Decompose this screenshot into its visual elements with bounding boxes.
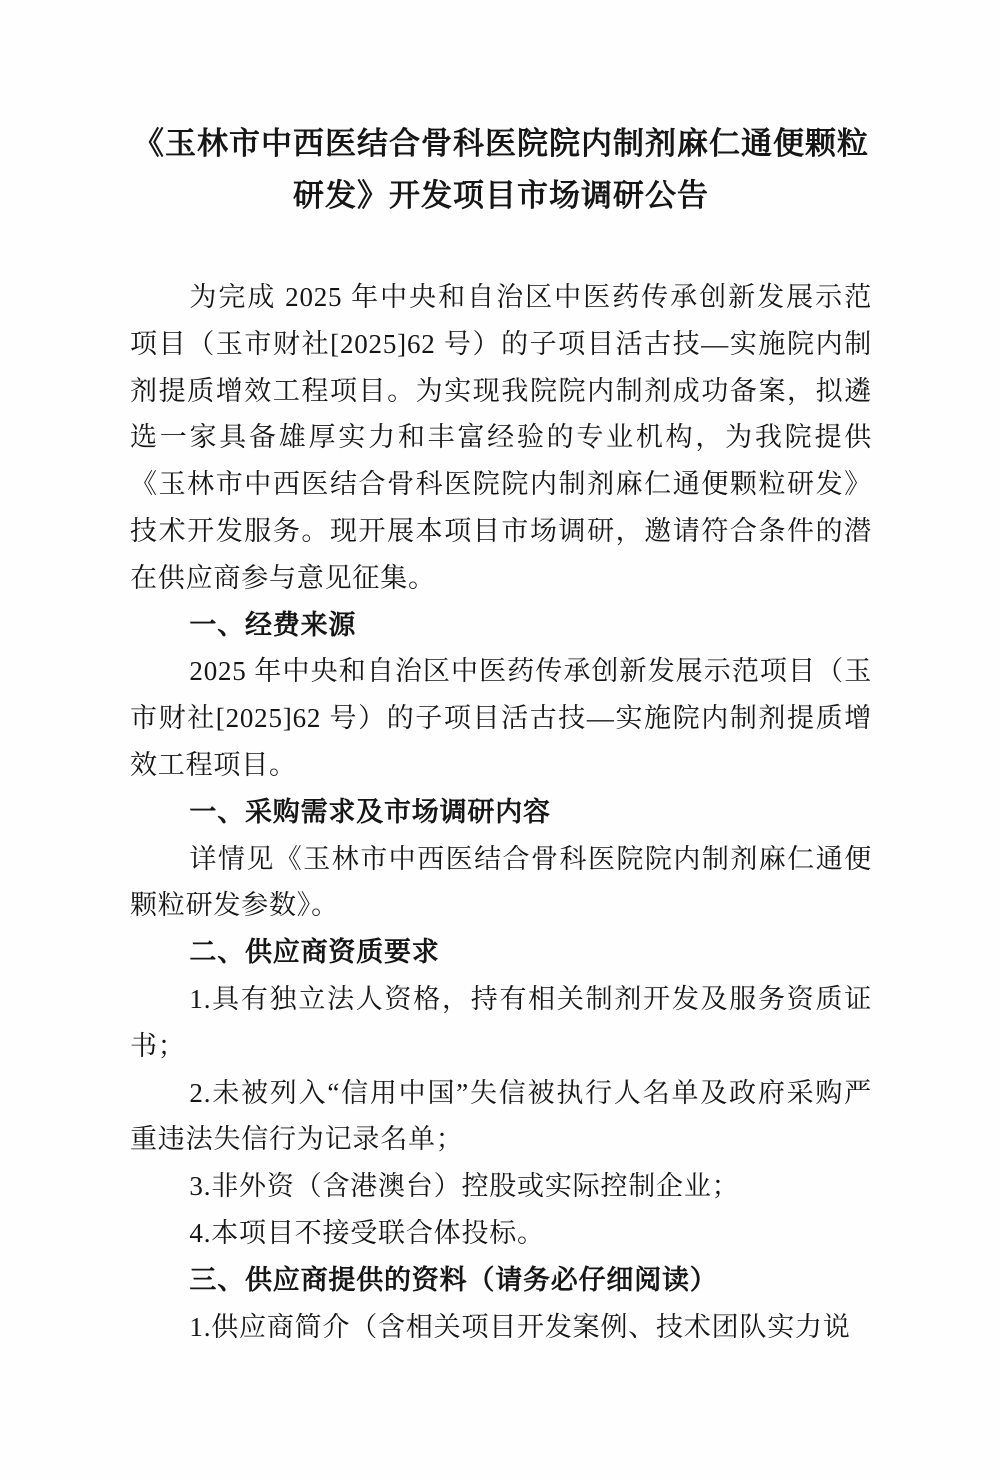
- materials-item-1-truncated: 1.供应商简介（含相关项目开发案例、技术团队实力说: [130, 1304, 872, 1351]
- document-content: 《玉林市中西医结合骨科医院院内制剂麻仁通便颗粒 研发》开发项目市场调研公告 为完…: [130, 118, 872, 1350]
- section-heading-funding-source: 一、经费来源: [130, 602, 872, 649]
- document-page: 《玉林市中西医结合骨科医院院内制剂麻仁通便颗粒 研发》开发项目市场调研公告 为完…: [0, 0, 1000, 1480]
- paragraph-funding-source: 2025 年中央和自治区中医药传承创新发展示范项目（玉市财社[2025]62 号…: [130, 648, 872, 788]
- section-heading-supplier-materials: 三、供应商提供的资料（请务必仔细阅读）: [130, 1257, 872, 1304]
- paragraph-intro: 为完成 2025 年中央和自治区中医药传承创新发展示范项目（玉市财社[2025]…: [130, 274, 872, 602]
- section-heading-supplier-qualifications: 二、供应商资质要求: [130, 929, 872, 976]
- paragraph-procurement-needs: 详情见《玉林市中西医结合骨科医院院内制剂麻仁通便颗粒研发参数》。: [130, 836, 872, 930]
- document-title: 《玉林市中西医结合骨科医院院内制剂麻仁通便颗粒 研发》开发项目市场调研公告: [130, 118, 872, 222]
- title-line-1: 《玉林市中西医结合骨科医院院内制剂麻仁通便颗粒: [130, 118, 872, 170]
- qualification-item-1: 1.具有独立法人资格，持有相关制剂开发及服务资质证书；: [130, 976, 872, 1070]
- qualification-item-2: 2.未被列入“信用中国”失信被执行人名单及政府采购严重违法失信行为记录名单；: [130, 1070, 872, 1164]
- title-line-2: 研发》开发项目市场调研公告: [130, 170, 872, 222]
- qualification-item-4: 4.本项目不接受联合体投标。: [130, 1210, 872, 1257]
- section-heading-procurement-needs: 一、采购需求及市场调研内容: [130, 789, 872, 836]
- qualification-item-3: 3.非外资（含港澳台）控股或实际控制企业；: [130, 1163, 872, 1210]
